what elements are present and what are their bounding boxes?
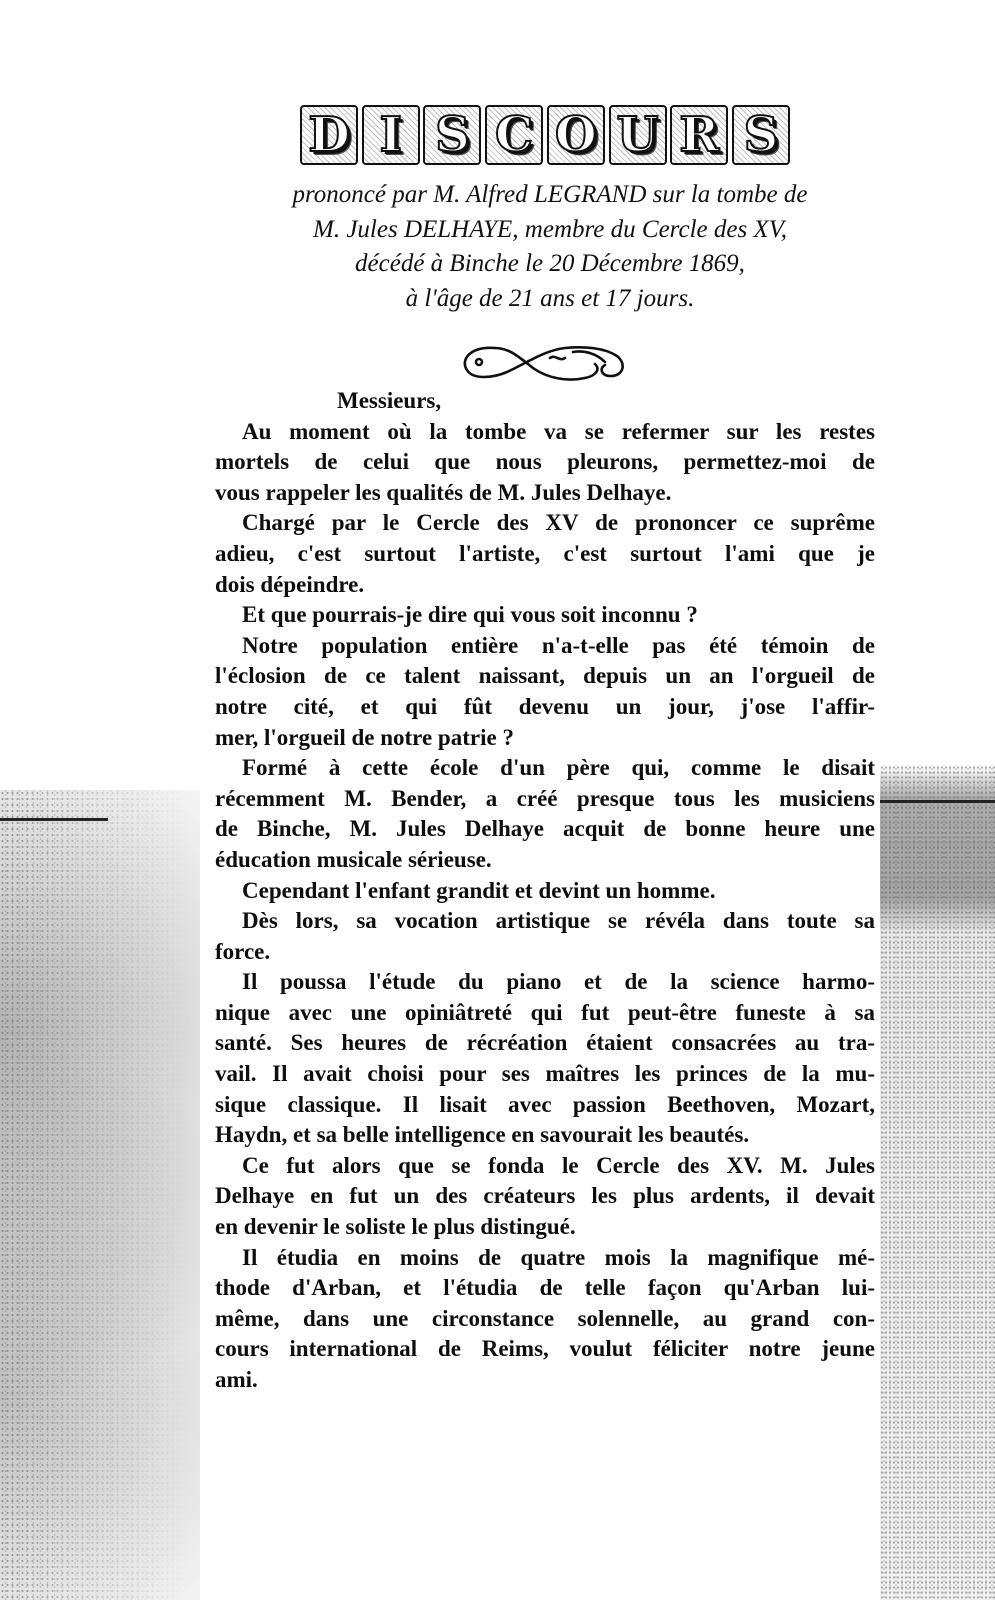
scan-artifact-rule-right (880, 800, 995, 803)
text-line: en devenir le soliste le plus distingué. (215, 1212, 875, 1243)
document-subtitle: prononcé par M. Alfred LEGRAND sur la to… (200, 178, 900, 316)
text-line: sique classique. Il lisait avec passion … (215, 1090, 875, 1121)
title-letter: O (547, 105, 605, 165)
scan-noise-right (880, 765, 995, 1600)
text-line: Notre population entière n'a-t-elle pas … (215, 631, 875, 662)
text-line: force. (215, 937, 875, 968)
salutation: Messieurs, (215, 386, 875, 417)
title-letter: I (362, 105, 420, 165)
text-line: vous rappeler les qualités de M. Jules D… (215, 478, 875, 509)
text-line: l'éclosion de ce talent naissant, depuis… (215, 661, 875, 692)
text-line: Formé à cette école d'un père qui, comme… (215, 753, 875, 784)
text-line: Au moment où la tombe va se refermer sur… (215, 417, 875, 448)
scanned-page: D I S C O U R S prononcé par M. Alfred L… (0, 0, 995, 1600)
text-line: mortels de celui que nous pleurons, perm… (215, 447, 875, 478)
text-line: ami. (215, 1365, 875, 1396)
text-line: Il étudia en moins de quatre mois la mag… (215, 1243, 875, 1274)
title-letter: D (300, 105, 358, 165)
text-line: nique avec une opiniâtreté qui fut peut-… (215, 998, 875, 1029)
text-line: Dès lors, sa vocation artistique se révé… (215, 906, 875, 937)
text-line: Ce fut alors que se fonda le Cercle des … (215, 1151, 875, 1182)
text-line: thode d'Arban, et l'étudia de telle faço… (215, 1273, 875, 1304)
text-line: éducation musicale sérieuse. (215, 845, 875, 876)
subtitle-line: décédé à Binche le 20 Décembre 1869, (200, 247, 900, 282)
text-line: santé. Ses heures de récréation étaient … (215, 1028, 875, 1059)
speech-body: Messieurs, Au moment où la tombe va se r… (215, 386, 875, 1396)
text-line: Chargé par le Cercle des XV de prononcer… (215, 508, 875, 539)
text-line: vail. Il avait choisi pour ses maîtres l… (215, 1059, 875, 1090)
text-line: Et que pourrais-je dire qui vous soit in… (215, 600, 875, 631)
title-letter: S (423, 105, 481, 165)
text-line: notre cité, et qui fût devenu un jour, j… (215, 692, 875, 723)
text-line: dois dépeindre. (215, 570, 875, 601)
text-line: Cependant l'enfant grandit et devint un … (215, 876, 875, 907)
text-line: de Binche, M. Jules Delhaye acquit de bo… (215, 814, 875, 845)
text-line: Il poussa l'étude du piano et de la scie… (215, 967, 875, 998)
title-letter: R (670, 105, 728, 165)
scan-artifact-rule-left (0, 818, 108, 821)
title-letter: U (609, 105, 667, 165)
document-title: D I S C O U R S (300, 105, 790, 165)
text-line: mer, l'orgueil de notre patrie ? (215, 723, 875, 754)
text-line: même, dans une circonstance solennelle, … (215, 1304, 875, 1335)
text-line: Delhaye en fut un des créateurs les plus… (215, 1181, 875, 1212)
text-line: Haydn, et sa belle intelligence en savou… (215, 1120, 875, 1151)
title-letter: C (485, 105, 543, 165)
scan-noise-left (0, 790, 200, 1600)
title-letter: S (732, 105, 790, 165)
text-line: cours international de Reims, voulut fél… (215, 1334, 875, 1365)
text-line: récemment M. Bender, a créé presque tous… (215, 784, 875, 815)
subtitle-line: à l'âge de 21 ans et 17 jours. (200, 282, 900, 317)
fleuron-ornament-icon (455, 338, 635, 388)
subtitle-line: M. Jules DELHAYE, membre du Cercle des X… (200, 213, 900, 248)
text-line: adieu, c'est surtout l'artiste, c'est su… (215, 539, 875, 570)
subtitle-line: prononcé par M. Alfred LEGRAND sur la to… (200, 178, 900, 213)
